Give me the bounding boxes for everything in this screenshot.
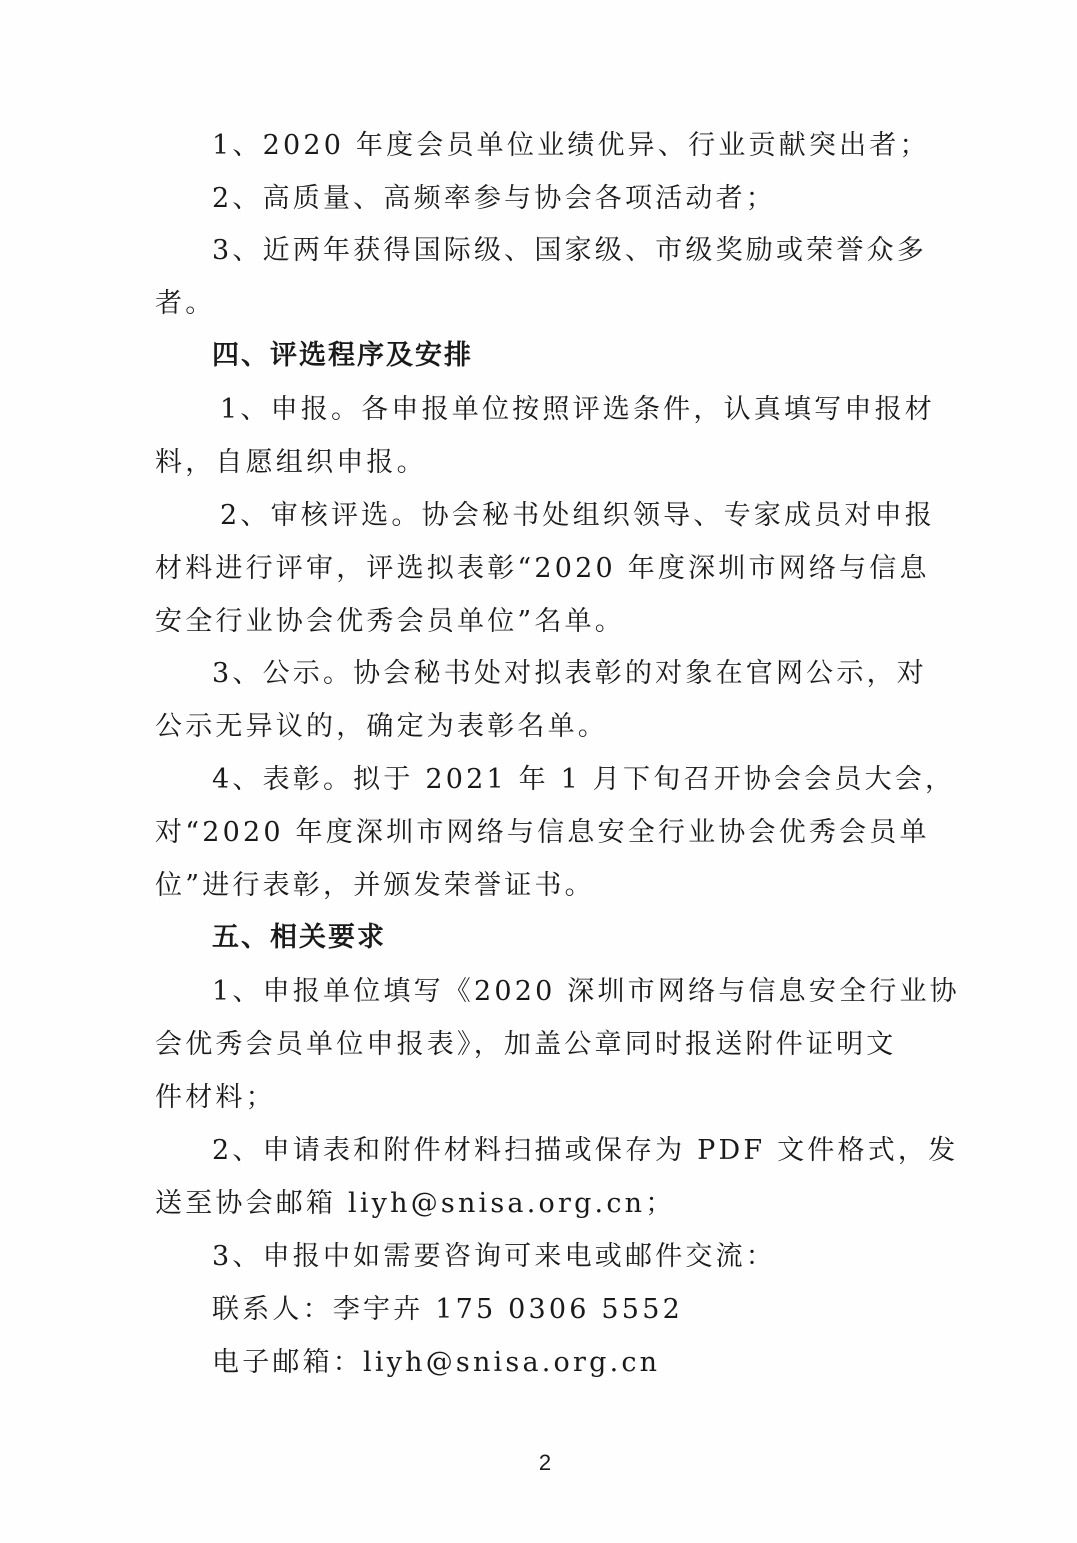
contact-email-line: 电子邮箱：liyh@snisa.org.cn — [212, 1345, 982, 1381]
document-page: 1、2020 年度会员单位业绩优异、行业贡献突出者； 2、高质量、高频率参与协会… — [0, 0, 1077, 1543]
s5-item-1-line2: 会优秀会员单位申报表》，加盖公章同时报送附件证明文 — [155, 1027, 925, 1063]
s4-item-3-line2: 公示无异议的，确定为表彰名单。 — [155, 709, 925, 745]
s4-item-2-line3: 安全行业协会优秀会员单位”名单。 — [155, 604, 925, 640]
contact-person-name: 李宇卉 — [333, 1294, 424, 1325]
criteria-item-2: 2、高质量、高频率参与协会各项活动者； — [212, 181, 982, 217]
contact-person-line: 联系人：李宇卉 175 0306 5552 — [212, 1292, 982, 1328]
s4-item-2-line1: 2、审核评选。协会秘书处组织领导、专家成员对申报 — [220, 498, 990, 534]
s4-item-4-line2: 对“2020 年度深圳市网络与信息安全行业协会优秀会员单 — [155, 815, 925, 851]
criteria-item-1: 1、2020 年度会员单位业绩优异、行业贡献突出者； — [212, 128, 982, 164]
s5-item-3-line1: 3、申报中如需要咨询可来电或邮件交流： — [212, 1239, 982, 1275]
s5-item-2-line1: 2、申请表和附件材料扫描或保存为 PDF 文件格式，发 — [212, 1133, 982, 1169]
s4-item-4-line1: 4、表彰。拟于 2021 年 1 月下旬召开协会会员大会， — [212, 762, 982, 798]
criteria-item-3-line2: 者。 — [155, 286, 925, 322]
contact-email: liyh@snisa.org.cn — [363, 1347, 660, 1378]
s4-item-3-line1: 3、公示。协会秘书处对拟表彰的对象在官网公示，对 — [212, 656, 982, 692]
page-number: 2 — [530, 1450, 560, 1476]
s4-item-1-line1: 1、申报。各申报单位按照评选条件，认真填写申报材 — [220, 392, 990, 428]
s4-item-2-line2: 材料进行评审，评选拟表彰“2020 年度深圳市网络与信息 — [155, 551, 925, 587]
s5-item-1-line3: 件材料； — [155, 1080, 925, 1116]
criteria-item-3-line1: 3、近两年获得国际级、国家级、市级奖励或荣誉众多 — [212, 233, 982, 269]
contact-phone: 175 0306 5552 — [435, 1294, 683, 1325]
section-5-heading: 五、相关要求 — [212, 920, 982, 956]
contact-email-label: 电子邮箱： — [212, 1347, 363, 1378]
s4-item-1-line2: 料，自愿组织申报。 — [155, 445, 925, 481]
s5-item-2-line2: 送至协会邮箱 liyh@snisa.org.cn； — [155, 1186, 925, 1222]
section-4-heading: 四、评选程序及安排 — [212, 338, 982, 374]
s4-item-4-line3: 位”进行表彰，并颁发荣誉证书。 — [155, 868, 925, 904]
contact-person-label: 联系人： — [212, 1294, 333, 1325]
s5-item-1-line1: 1、申报单位填写《2020 深圳市网络与信息安全行业协 — [212, 974, 982, 1010]
